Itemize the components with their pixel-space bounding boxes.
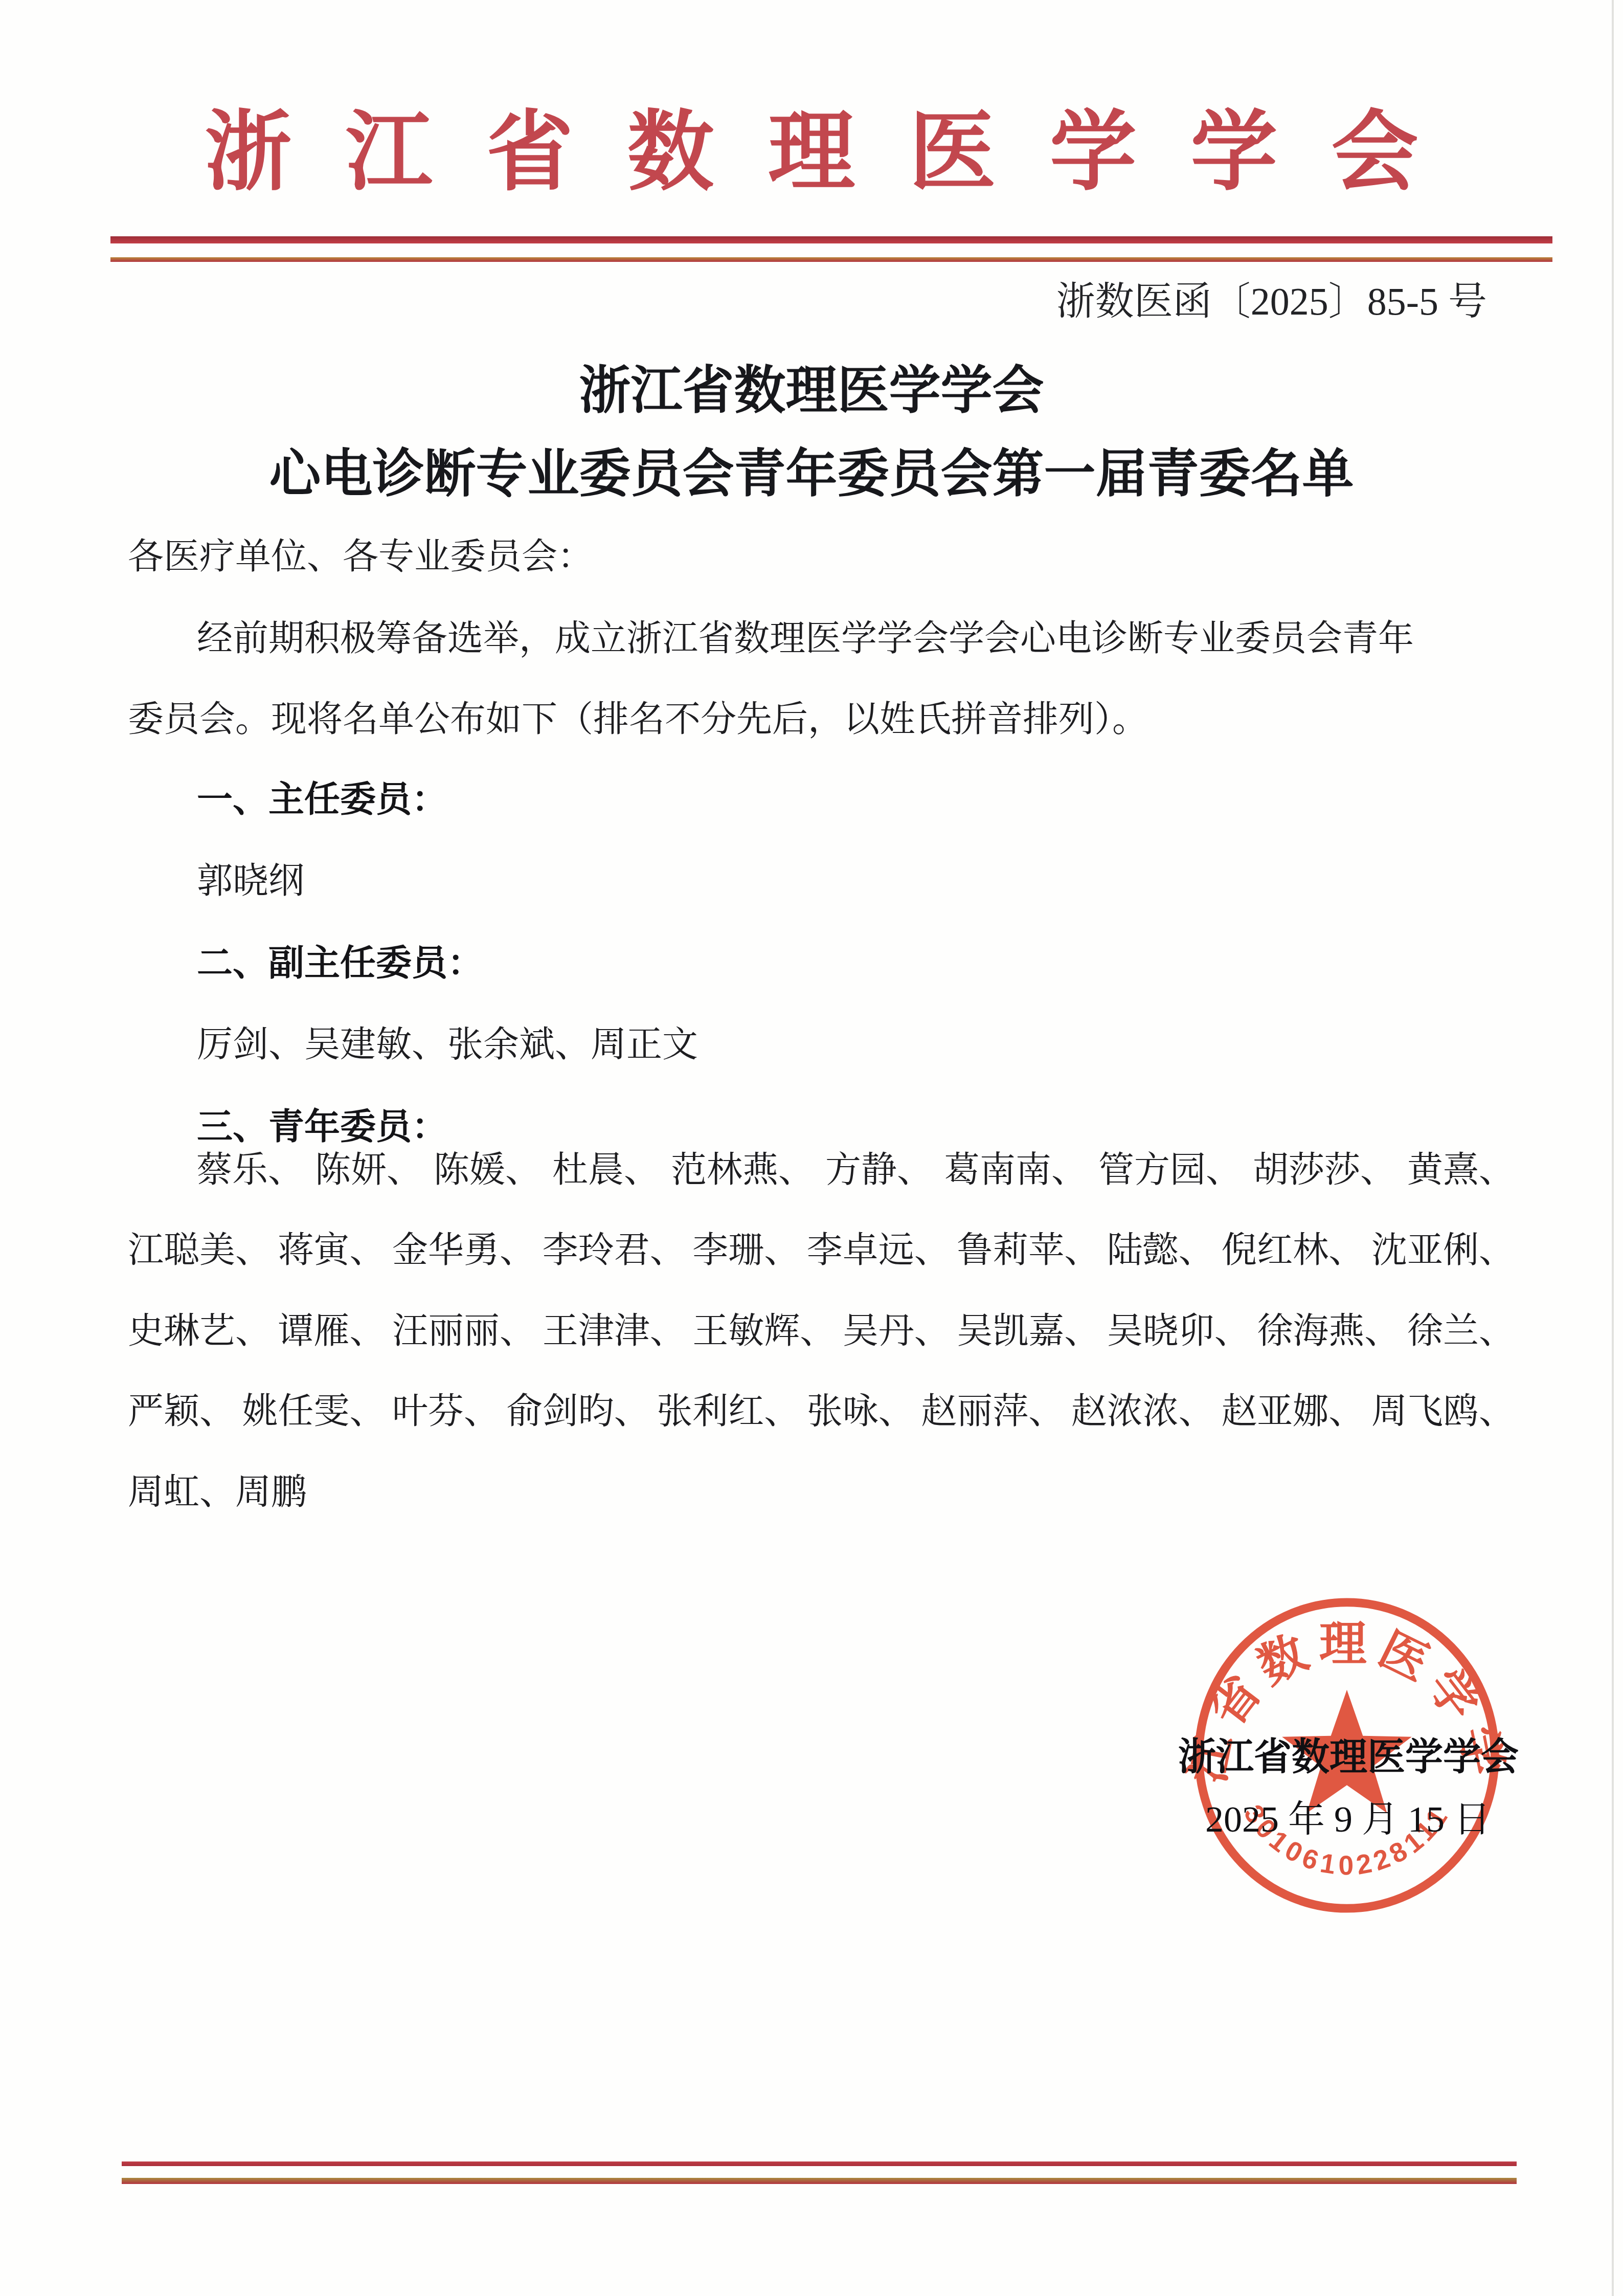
vice-chair-member-names: 厉剑、吴建敏、张余斌、周正文: [197, 1023, 698, 1068]
member-name: 王津津、: [543, 1309, 686, 1354]
member-name: 李卓远、: [807, 1229, 950, 1274]
member-name: 李玲君、: [543, 1229, 686, 1274]
footer-rule-bottom: [122, 2178, 1517, 2184]
member-name: 严颖、: [128, 1390, 235, 1435]
document-number: 浙数医函〔2025〕85-5 号: [1056, 279, 1487, 325]
member-name: 蒋寅、: [278, 1229, 386, 1274]
member-name: 俞剑昀、: [507, 1390, 650, 1435]
member-name: 吴丹、: [843, 1309, 950, 1354]
member-name: 周鹏: [235, 1470, 307, 1515]
document-title-line1: 浙江省数理医学学会: [0, 349, 1623, 423]
document-page: 浙江省数理医学学会 浙数医函〔2025〕85-5 号 浙江省数理医学学会 心电诊…: [0, 0, 1623, 2296]
signature-date: 2025 年 9 月 15 日: [1205, 1789, 1491, 1842]
salutation: 各医疗单位、各专业委员会：: [128, 535, 593, 580]
member-name: 叶芬、: [392, 1390, 500, 1435]
member-name: 周飞鸥、: [1371, 1390, 1515, 1435]
member-name: 陆懿、: [1107, 1229, 1214, 1274]
member-name: 李珊、: [692, 1229, 800, 1274]
member-name: 管方园、: [1098, 1148, 1242, 1193]
member-name: 范林燕、: [671, 1148, 814, 1193]
member-name: 吴晓卯、: [1107, 1309, 1250, 1354]
youth-members-row: 江聪美、蒋寅、金华勇、李玲君、李珊、李卓远、鲁莉苹、陆懿、倪红林、沈亚俐、: [128, 1229, 1515, 1274]
member-name: 赵亚娜、: [1221, 1390, 1364, 1435]
section-heading-vice-chair: 二、副主任委员：: [197, 941, 483, 986]
chair-member-name: 郭晓纲: [197, 859, 304, 904]
member-name: 吴凯嘉、: [957, 1309, 1100, 1354]
member-name: 汪丽丽、: [392, 1309, 535, 1354]
member-name: 鲁莉苹、: [957, 1229, 1100, 1274]
body-paragraph-line2: 委员会。现将名单公布如下（排名不分先后，以姓氏拼音排列）。: [128, 698, 1148, 743]
member-name: 史琳艺、: [128, 1309, 271, 1354]
member-name: 王敏辉、: [692, 1309, 836, 1354]
letterhead-rule-top: [110, 236, 1552, 243]
member-name: 赵浓浓、: [1071, 1390, 1214, 1435]
member-name: 金华勇、: [392, 1229, 535, 1274]
member-name: 杜晨、: [552, 1148, 660, 1193]
youth-members-row: 周虹、周鹏: [128, 1470, 1515, 1515]
member-name: 方静、: [825, 1148, 933, 1193]
member-name: 黄熹、: [1407, 1148, 1515, 1193]
member-name: 葛南南、: [944, 1148, 1087, 1193]
body-paragraph-line1: 经前期积极筹备选举，成立浙江省数理医学学会学会心电诊断专业委员会青年: [197, 617, 1414, 662]
member-name: 徐兰、: [1407, 1309, 1515, 1354]
member-name: 沈亚俐、: [1371, 1229, 1515, 1274]
member-name: 姚任雯、: [242, 1390, 386, 1435]
section-heading-chair: 一、主任委员：: [197, 777, 447, 822]
member-name: 周虹、: [128, 1470, 235, 1515]
youth-members-row: 史琳艺、谭雁、汪丽丽、王津津、王敏辉、吴丹、吴凯嘉、吴晓卯、徐海燕、徐兰、: [128, 1309, 1515, 1354]
member-name: 张利红、: [657, 1390, 800, 1435]
signature-org-name: 浙江省数理医学学会: [1178, 1727, 1519, 1781]
footer-rule-top: [122, 2161, 1517, 2166]
letterhead-rule-bottom: [110, 257, 1552, 262]
member-name: 谭雁、: [278, 1309, 386, 1354]
member-name: 张咏、: [807, 1390, 914, 1435]
scan-edge-line: [1612, 0, 1614, 2296]
member-name: 赵丽萍、: [921, 1390, 1064, 1435]
member-name: 江聪美、: [128, 1229, 271, 1274]
member-name: 徐海燕、: [1257, 1309, 1400, 1354]
section-heading-youth: 三、青年委员：: [197, 1105, 447, 1150]
member-name: 倪红林、: [1221, 1229, 1364, 1274]
member-name: 胡莎莎、: [1253, 1148, 1396, 1193]
youth-members-row: 蔡乐、陈妍、陈媛、杜晨、范林燕、方静、葛南南、管方园、胡莎莎、黄熹、: [128, 1148, 1515, 1193]
youth-members-row: 严颖、姚任雯、叶芬、俞剑昀、张利红、张咏、赵丽萍、赵浓浓、赵亚娜、周飞鸥、: [128, 1390, 1515, 1435]
document-title-line2: 心电诊断专业委员会青年委员会第一届青委名单: [0, 432, 1623, 506]
letterhead-org-name: 浙江省数理医学学会: [0, 100, 1623, 206]
member-name: 陈妍、: [315, 1148, 422, 1193]
member-name: 陈媛、: [434, 1148, 541, 1193]
member-name: 蔡乐、: [196, 1148, 304, 1193]
